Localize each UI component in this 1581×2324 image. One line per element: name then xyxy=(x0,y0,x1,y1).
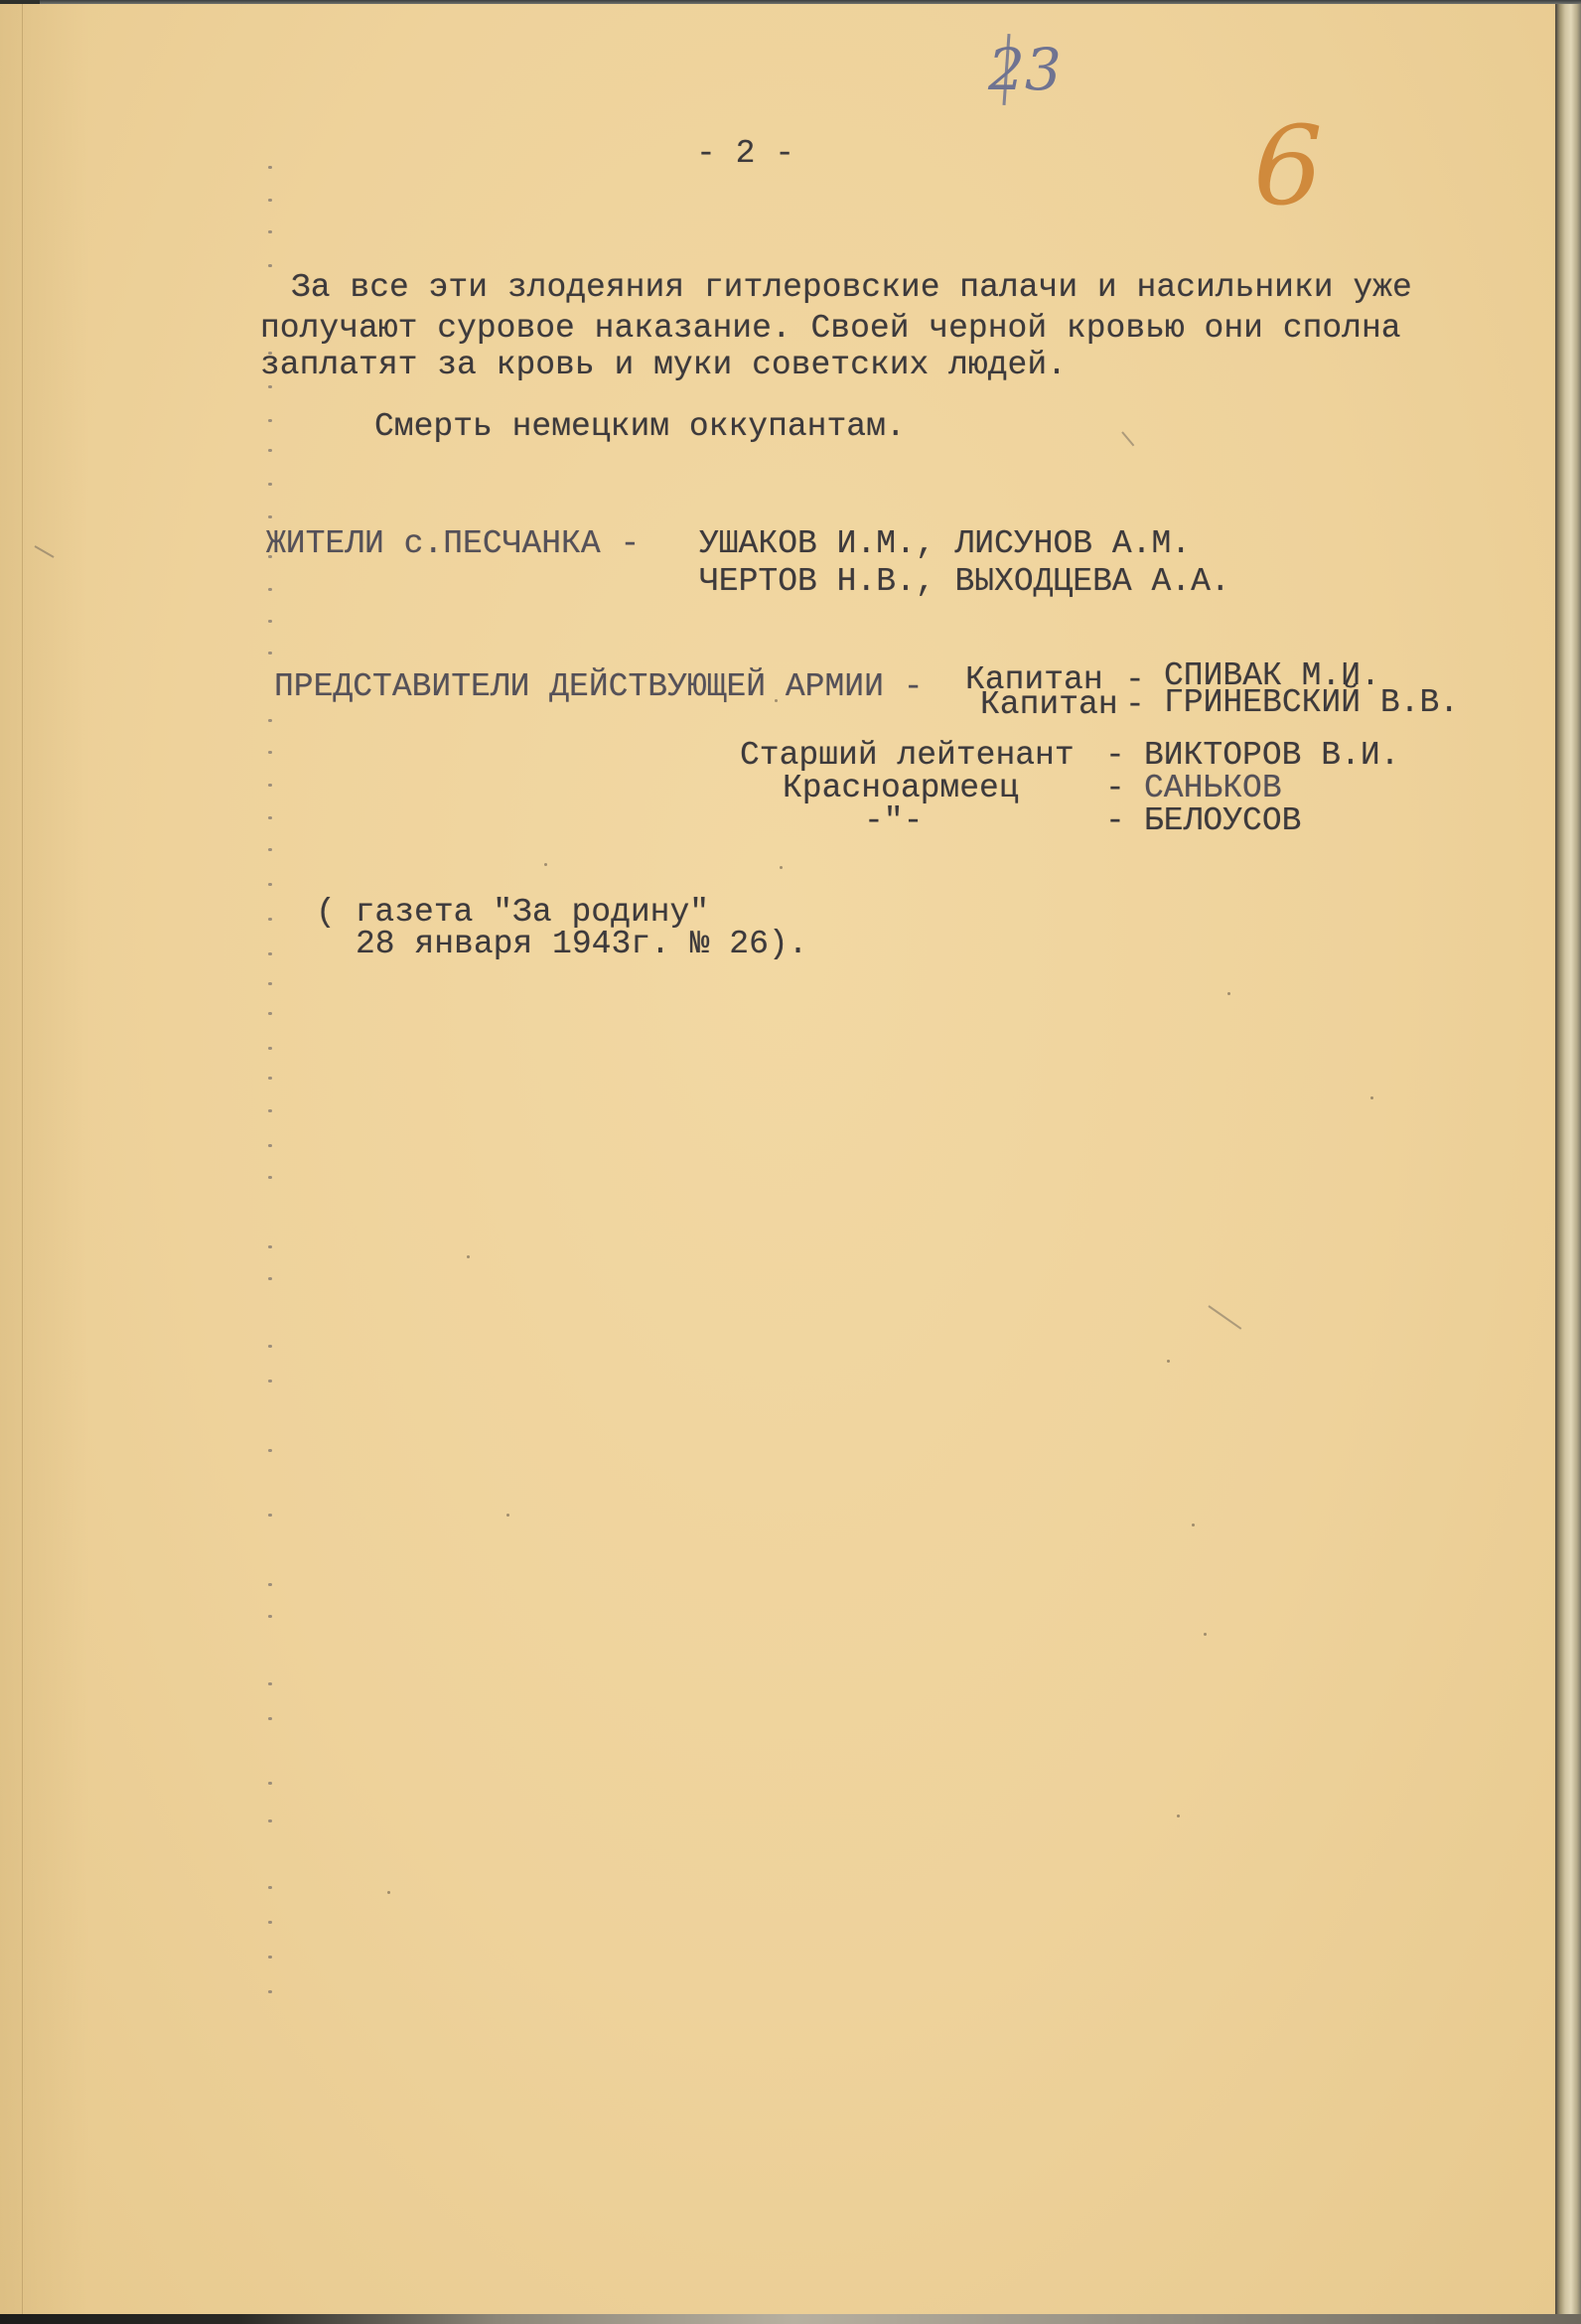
residents-label: ЖИТЕЛИ с.ПЕСЧАНКА - xyxy=(266,524,640,564)
paragraph-line-1: За все эти злодеяния гитлеровские палачи… xyxy=(291,268,1412,308)
source-line-2: 28 января 1943г. № 26). xyxy=(356,925,807,964)
sheet-number-text: 23 xyxy=(988,36,1062,103)
signatory-2-name: ГРИНЕВСКИЙ В.В. xyxy=(1164,683,1459,723)
signatory-2-dash: - xyxy=(1125,685,1145,725)
army-label: ПРЕДСТАВИТЕЛИ ДЕЙСТВУЮЩЕЙ АРМИИ - xyxy=(274,667,924,707)
scan-bottom-border xyxy=(0,2314,1581,2324)
paper-scratch xyxy=(1121,431,1134,446)
page-fold-line xyxy=(22,4,23,2314)
handwritten-sheet-number: 23 xyxy=(988,40,1062,99)
scanned-document: 23 6 - 2 - За все эти злодеяния гитлеров… xyxy=(0,0,1581,2324)
page-shading xyxy=(0,4,89,2314)
paper-page: 23 6 - 2 - За все эти злодеяния гитлеров… xyxy=(0,4,1557,2314)
residents-names-line-2: ЧЕРТОВ Н.В., ВЫХОДЦЕВА А.А. xyxy=(699,562,1230,602)
page-number: - 2 - xyxy=(696,134,794,174)
handwritten-folio-number: 6 xyxy=(1253,111,1323,220)
paper-scratch xyxy=(1208,1305,1241,1330)
residents-names-line-1: УШАКОВ И.М., ЛИСУНОВ А.М. xyxy=(699,524,1191,564)
signatory-5-name: БЕЛОУСОВ xyxy=(1144,801,1301,841)
stacked-pages-edge xyxy=(1557,4,1581,2314)
signatory-2-rank: Капитан xyxy=(980,685,1118,725)
signatory-5-rank: -"- xyxy=(864,801,923,841)
signatory-5-dash: - xyxy=(1105,801,1125,841)
paragraph-line-3: заплатят за кровь и муки советских людей… xyxy=(260,346,1067,385)
folio-number-text: 6 xyxy=(1253,102,1323,229)
paragraph-line-2: получают суровое наказание. Своей черной… xyxy=(260,309,1401,349)
slogan: Смерть немецким оккупантам. xyxy=(374,407,906,447)
